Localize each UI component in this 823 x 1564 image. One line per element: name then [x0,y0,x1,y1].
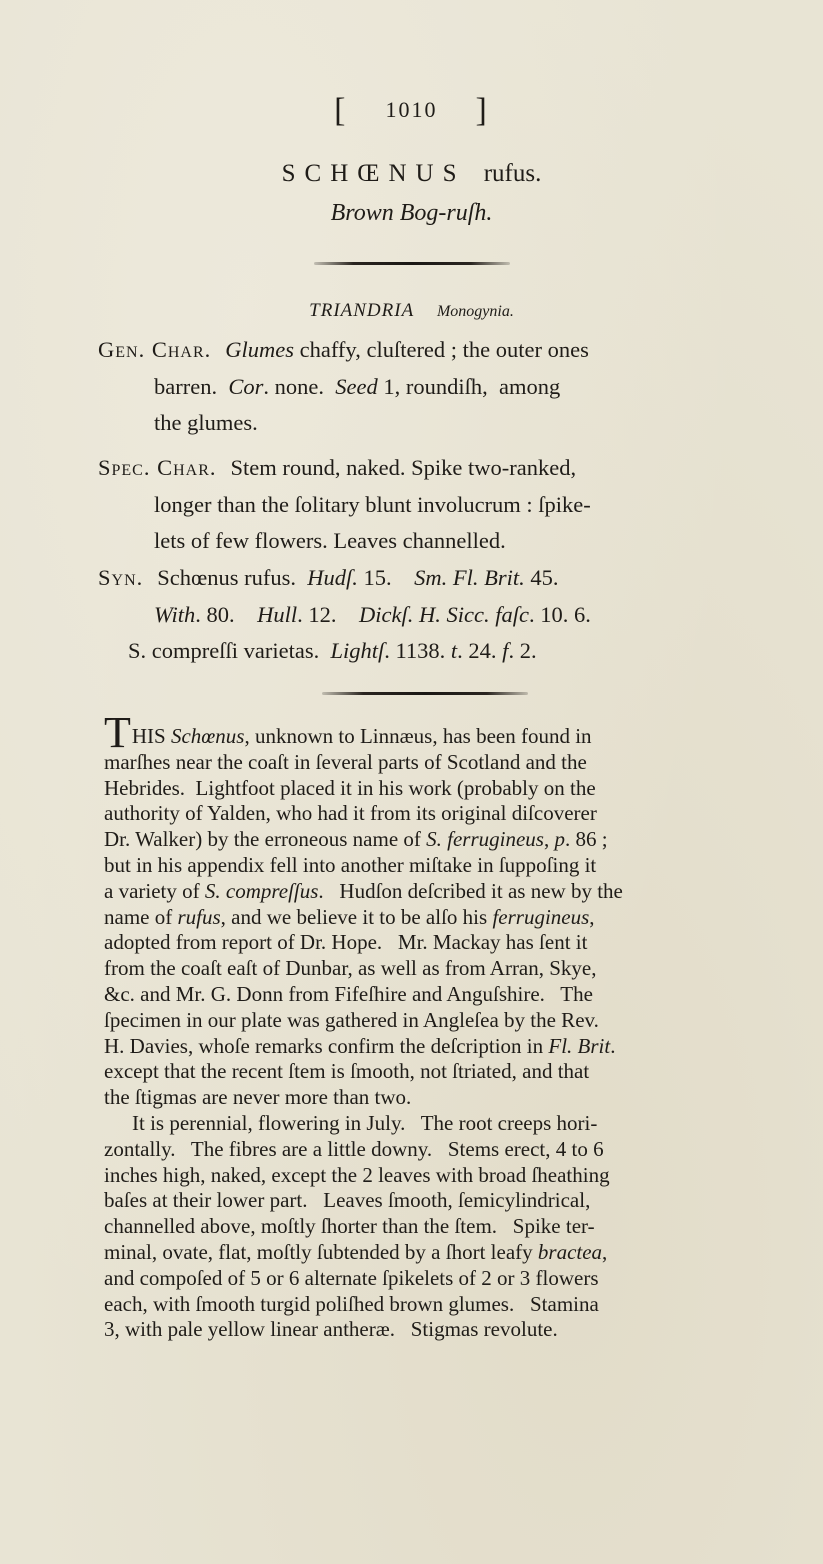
body-line: baſes at their lower part. Leaves ſmooth… [104,1188,764,1214]
description-body: THIS Schœnus, unknown to Linnæus, has be… [104,718,764,1343]
text: the ſtigmas are never more than two. [104,1085,411,1109]
italic-text: Seed [335,374,377,399]
body-line: Hebrides. Lightfoot placed it in his wor… [104,776,764,802]
body-line: a variety of S. compreſſus. Hudſon deſcr… [104,879,764,905]
body-line: THIS Schœnus, unknown to Linnæus, has be… [104,718,764,750]
text: It is perennial, flowering in July. The … [132,1111,597,1135]
syn-line-1: Syn.Schœnus rufus. Hudſ. 15. Sm. Fl. Bri… [98,560,778,597]
body-line-text: THIS Schœnus, unknown to Linnæus, has be… [104,718,592,750]
italic-text: ferrugineus [492,905,589,929]
body-line-text: baſes at their lower part. Leaves ſmooth… [104,1188,590,1214]
text: HIS [132,724,171,748]
body-line-text: except that the recent ſtem is ſmooth, n… [104,1059,589,1085]
syn-line-2: With. 80. Hull. 12. Dickſ. H. Sicc. faſc… [98,597,778,634]
gen-char-label: Gen. Char. [98,337,211,362]
text: adopted from report of Dr. Hope. Mr. Mac… [104,930,587,954]
italic-text: Schœnus [171,724,245,748]
italic-text: Fl. Brit [548,1034,610,1058]
text: name of [104,905,177,929]
text: a variety of [104,879,205,903]
body-line-text: &c. and Mr. G. Donn from Fifeſhire and A… [104,982,593,1008]
generic-character: Gen. Char.Glumes chaffy, cluſtered ; the… [98,332,778,442]
bracket-open: [ [334,92,347,129]
text: . none. [263,374,335,399]
genus-name: SCHŒNUS [282,160,466,187]
species-name: rufus. [484,160,542,187]
body-line: and compoſed of 5 or 6 alternate ſpikele… [104,1266,764,1292]
body-line-text: name of rufus, and we believe it to be a… [104,905,595,931]
text: . 86 ; [565,827,608,851]
text: authority of Yalden, who had it from its… [104,801,597,825]
text: ſpecimen in our plate was gathered in An… [104,1008,599,1032]
text: from the coaſt eaſt of Dunbar, as well a… [104,956,597,980]
body-line: but in his appendix fell into another mi… [104,853,764,879]
body-line-text: H. Davies, whoſe remarks confirm the deſ… [104,1034,615,1060]
gen-char-line-3: the glumes. [98,405,778,442]
gen-char-text: Glumes chaffy, cluſtered ; the outer one… [225,337,589,362]
body-line-text: Hebrides. Lightfoot placed it in his wor… [104,776,596,802]
text: Hebrides. Lightfoot placed it in his wor… [104,776,596,800]
gen-char-line-1: Gen. Char.Glumes chaffy, cluſtered ; the… [98,332,778,369]
text: . 12. [297,602,359,627]
body-line-text: and compoſed of 5 or 6 alternate ſpikele… [104,1266,599,1292]
italic-text: S. ferrugineus [426,827,544,851]
text: , unknown to Linnæus, has been found in [244,724,591,748]
text: channelled above, moſtly ſhorter than th… [104,1214,595,1238]
text: 45. [525,565,559,590]
italic-text: Sm. Fl. Brit. [414,565,525,590]
text: . 10. 6. [529,602,591,627]
gen-char-line-2: barren. Cor. none. Seed 1, roundiſh, amo… [98,369,778,406]
body-line-text: marſhes near the coaſt in ſeveral parts … [104,750,587,776]
body-line-text: from the coaſt eaſt of Dunbar, as well a… [104,956,597,982]
text: . 80. [195,602,257,627]
body-line-text: zontally. The fibres are a little downy.… [104,1137,604,1163]
text: minal, ovate, flat, moſtly ſubtended by … [104,1240,538,1264]
text: S. compreſſi varietas. [128,638,330,663]
text: except that the recent ſtem is ſmooth, n… [104,1059,589,1083]
syn-line-3: S. compreſſi varietas. Lightſ. 1138. t. … [98,633,778,670]
text: Dr. Walker) by the erroneous name of [104,827,426,851]
linnaean-classification: TRIANDRIA Monogynia. [0,300,823,322]
text: . 24. [457,638,502,663]
italic-text: With [154,602,195,627]
italic-text: Hudſ. [307,565,358,590]
page-number-header: [1010] [0,92,823,130]
text: . [610,1034,615,1058]
text: H. Davies, whoſe remarks confirm the deſ… [104,1034,548,1058]
page-number: 1010 [386,97,438,122]
italic-text: S. compreſſus [205,879,319,903]
body-line: name of rufus, and we believe it to be a… [104,905,764,931]
body-line-text: a variety of S. compreſſus. Hudſon deſcr… [104,879,623,905]
syn-label: Syn. [98,565,143,590]
italic-text: Hull [257,602,297,627]
text: but in his appendix fell into another mi… [104,853,596,877]
body-line: adopted from report of Dr. Hope. Mr. Mac… [104,930,764,956]
ornamental-rule [322,692,528,695]
synonyms: Syn.Schœnus rufus. Hudſ. 15. Sm. Fl. Bri… [98,560,778,670]
text: , and we believe it to be alſo his [221,905,493,929]
body-line: 3, with pale yellow linear antheræ. Stig… [104,1317,764,1343]
body-line: authority of Yalden, who had it from its… [104,801,764,827]
class-name: TRIANDRIA [309,300,414,321]
italic-text: Lightſ [330,638,384,663]
spec-char-line-1: Spec. Char.Stem round, naked. Spike two-… [98,450,778,487]
text: 15. [358,565,414,590]
order-name: Monogynia. [437,303,514,320]
body-line: minal, ovate, flat, moſtly ſubtended by … [104,1240,764,1266]
body-line: ſpecimen in our plate was gathered in An… [104,1008,764,1034]
spec-char-text: Stem round, naked. Spike two-ranked, [231,455,577,480]
text: , [544,827,555,851]
italic-text: Dickſ. H. Sicc. faſc [359,602,529,627]
spec-char-label: Spec. Char. [98,455,217,480]
italic-text: Cor [228,374,263,399]
body-line-text: channelled above, moſtly ſhorter than th… [104,1214,595,1240]
book-page: [1010] SCHŒNUS rufus. Brown Bog-ruſh. TR… [0,0,823,1564]
italic-text: bractea [538,1240,602,1264]
body-line: marſhes near the coaſt in ſeveral parts … [104,750,764,776]
text: Schœnus rufus. [157,565,307,590]
body-line-text: Dr. Walker) by the erroneous name of S. … [104,827,608,853]
body-line: each, with ſmooth turgid poliſhed brown … [104,1292,764,1318]
syn-text: Schœnus rufus. Hudſ. 15. Sm. Fl. Brit. 4… [157,565,558,590]
bracket-close: ] [476,92,489,129]
text: , [589,905,594,929]
text: . 2. [508,638,536,663]
body-line-text: It is perennial, flowering in July. The … [132,1111,597,1137]
body-line: inches high, naked, except the 2 leaves … [104,1163,764,1189]
text: barren. [154,374,228,399]
body-line: H. Davies, whoſe remarks confirm the deſ… [104,1034,764,1060]
species-title: SCHŒNUS rufus. [0,160,823,188]
text: 3, with pale yellow linear antheræ. Stig… [104,1317,558,1341]
text: zontally. The fibres are a little downy.… [104,1137,604,1161]
ornamental-rule [314,262,510,265]
text: inches high, naked, except the 2 leaves … [104,1163,610,1187]
body-line-text: authority of Yalden, who had it from its… [104,801,597,827]
text: &c. and Mr. G. Donn from Fifeſhire and A… [104,982,593,1006]
body-line: &c. and Mr. G. Donn from Fifeſhire and A… [104,982,764,1008]
body-line: channelled above, moſtly ſhorter than th… [104,1214,764,1240]
body-line-text: adopted from report of Dr. Hope. Mr. Mac… [104,930,587,956]
italic-text: p [554,827,565,851]
body-line: except that the recent ſtem is ſmooth, n… [104,1059,764,1085]
text: , [602,1240,607,1264]
specific-character: Spec. Char.Stem round, naked. Spike two-… [98,450,778,560]
spec-char-line-2: longer than the ſolitary blunt involucru… [98,487,778,524]
body-line: Dr. Walker) by the erroneous name of S. … [104,827,764,853]
body-line-text: each, with ſmooth turgid poliſhed brown … [104,1292,599,1318]
body-line: the ſtigmas are never more than two. [104,1085,764,1111]
text: each, with ſmooth turgid poliſhed brown … [104,1292,599,1316]
text: and compoſed of 5 or 6 alternate ſpikele… [104,1266,599,1290]
text: marſhes near the coaſt in ſeveral parts … [104,750,587,774]
italic-text: rufus [177,905,220,929]
body-line: zontally. The fibres are a little downy.… [104,1137,764,1163]
text: 1, roundiſh, among [378,374,560,399]
text: . Hudſon deſcribed it as new by the [318,879,622,903]
body-line-text: but in his appendix fell into another mi… [104,853,596,879]
body-line-text: ſpecimen in our plate was gathered in An… [104,1008,599,1034]
italic-text: Glumes [225,337,294,362]
spec-char-line-3: lets of few flowers. Leaves channelled. [98,523,778,560]
body-line: It is perennial, flowering in July. The … [104,1111,764,1137]
common-name: Brown Bog-ruſh. [0,200,823,227]
body-line-text: minal, ovate, flat, moſtly ſubtended by … [104,1240,607,1266]
body-line-text: 3, with pale yellow linear antheræ. Stig… [104,1317,558,1343]
body-line: from the coaſt eaſt of Dunbar, as well a… [104,956,764,982]
text: baſes at their lower part. Leaves ſmooth… [104,1188,590,1212]
body-line-text: inches high, naked, except the 2 leaves … [104,1163,610,1189]
text: . 1138. [384,638,451,663]
text: chaffy, cluſtered ; the outer ones [294,337,589,362]
body-line-text: the ſtigmas are never more than two. [104,1085,411,1111]
